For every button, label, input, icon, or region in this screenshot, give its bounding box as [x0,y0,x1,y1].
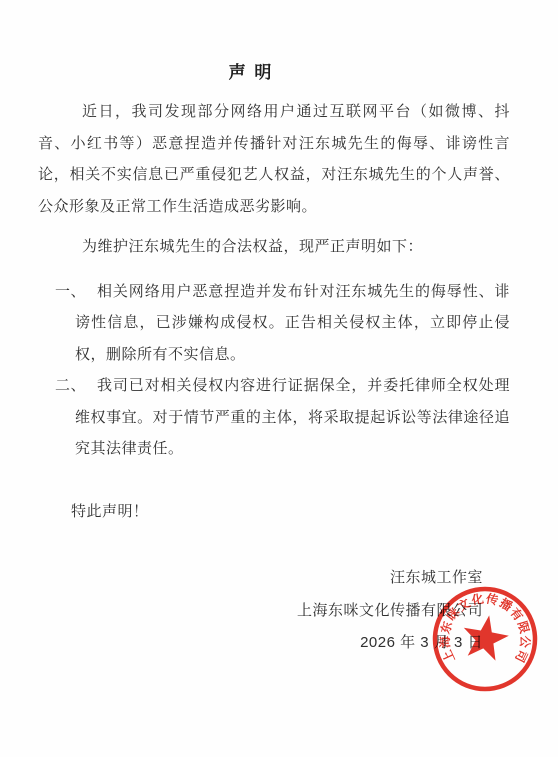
signature-company: 上海东咪文化传播有限公司 [38,595,483,628]
paragraph-intro: 近日，我司发现部分网络用户通过互联网平台（如微博、抖音、小红书等）恶意捏造并传播… [38,96,510,222]
clause-2-text: 我司已对相关侵权内容进行证据保全，并委托律师全权处理维权事宜。对于情节严重的主体… [75,370,510,465]
clause-1-marker: 一、 [55,276,86,308]
paragraph-purpose: 为维护汪东城先生的合法权益，现严正声明如下： [38,231,510,263]
clause-1-text: 相关网络用户恶意捏造并发布针对汪东城先生的侮辱性、诽谤性信息，已涉嫌构成侵权。正… [75,276,510,371]
closing-statement: 特此声明！ [38,496,510,528]
clause-2: 二、 我司已对相关侵权内容进行证据保全，并委托律师全权处理维权事宜。对于情节严重… [38,370,510,465]
clause-1: 一、 相关网络用户恶意捏造并发布针对汪东城先生的侮辱性、诽谤性信息，已涉嫌构成侵… [38,276,510,371]
signature-studio: 汪东城工作室 [38,562,483,595]
statement-document: 声 明 近日，我司发现部分网络用户通过互联网平台（如微博、抖音、小红书等）恶意捏… [0,0,558,757]
clause-2-marker: 二、 [55,370,86,402]
document-title: 声 明 [15,61,487,85]
signature-block: 汪东城工作室 上海东咪文化传播有限公司 2026 年 3 月 3 日 [38,562,510,660]
signature-date: 2026 年 3 月 3 日 [38,627,483,660]
